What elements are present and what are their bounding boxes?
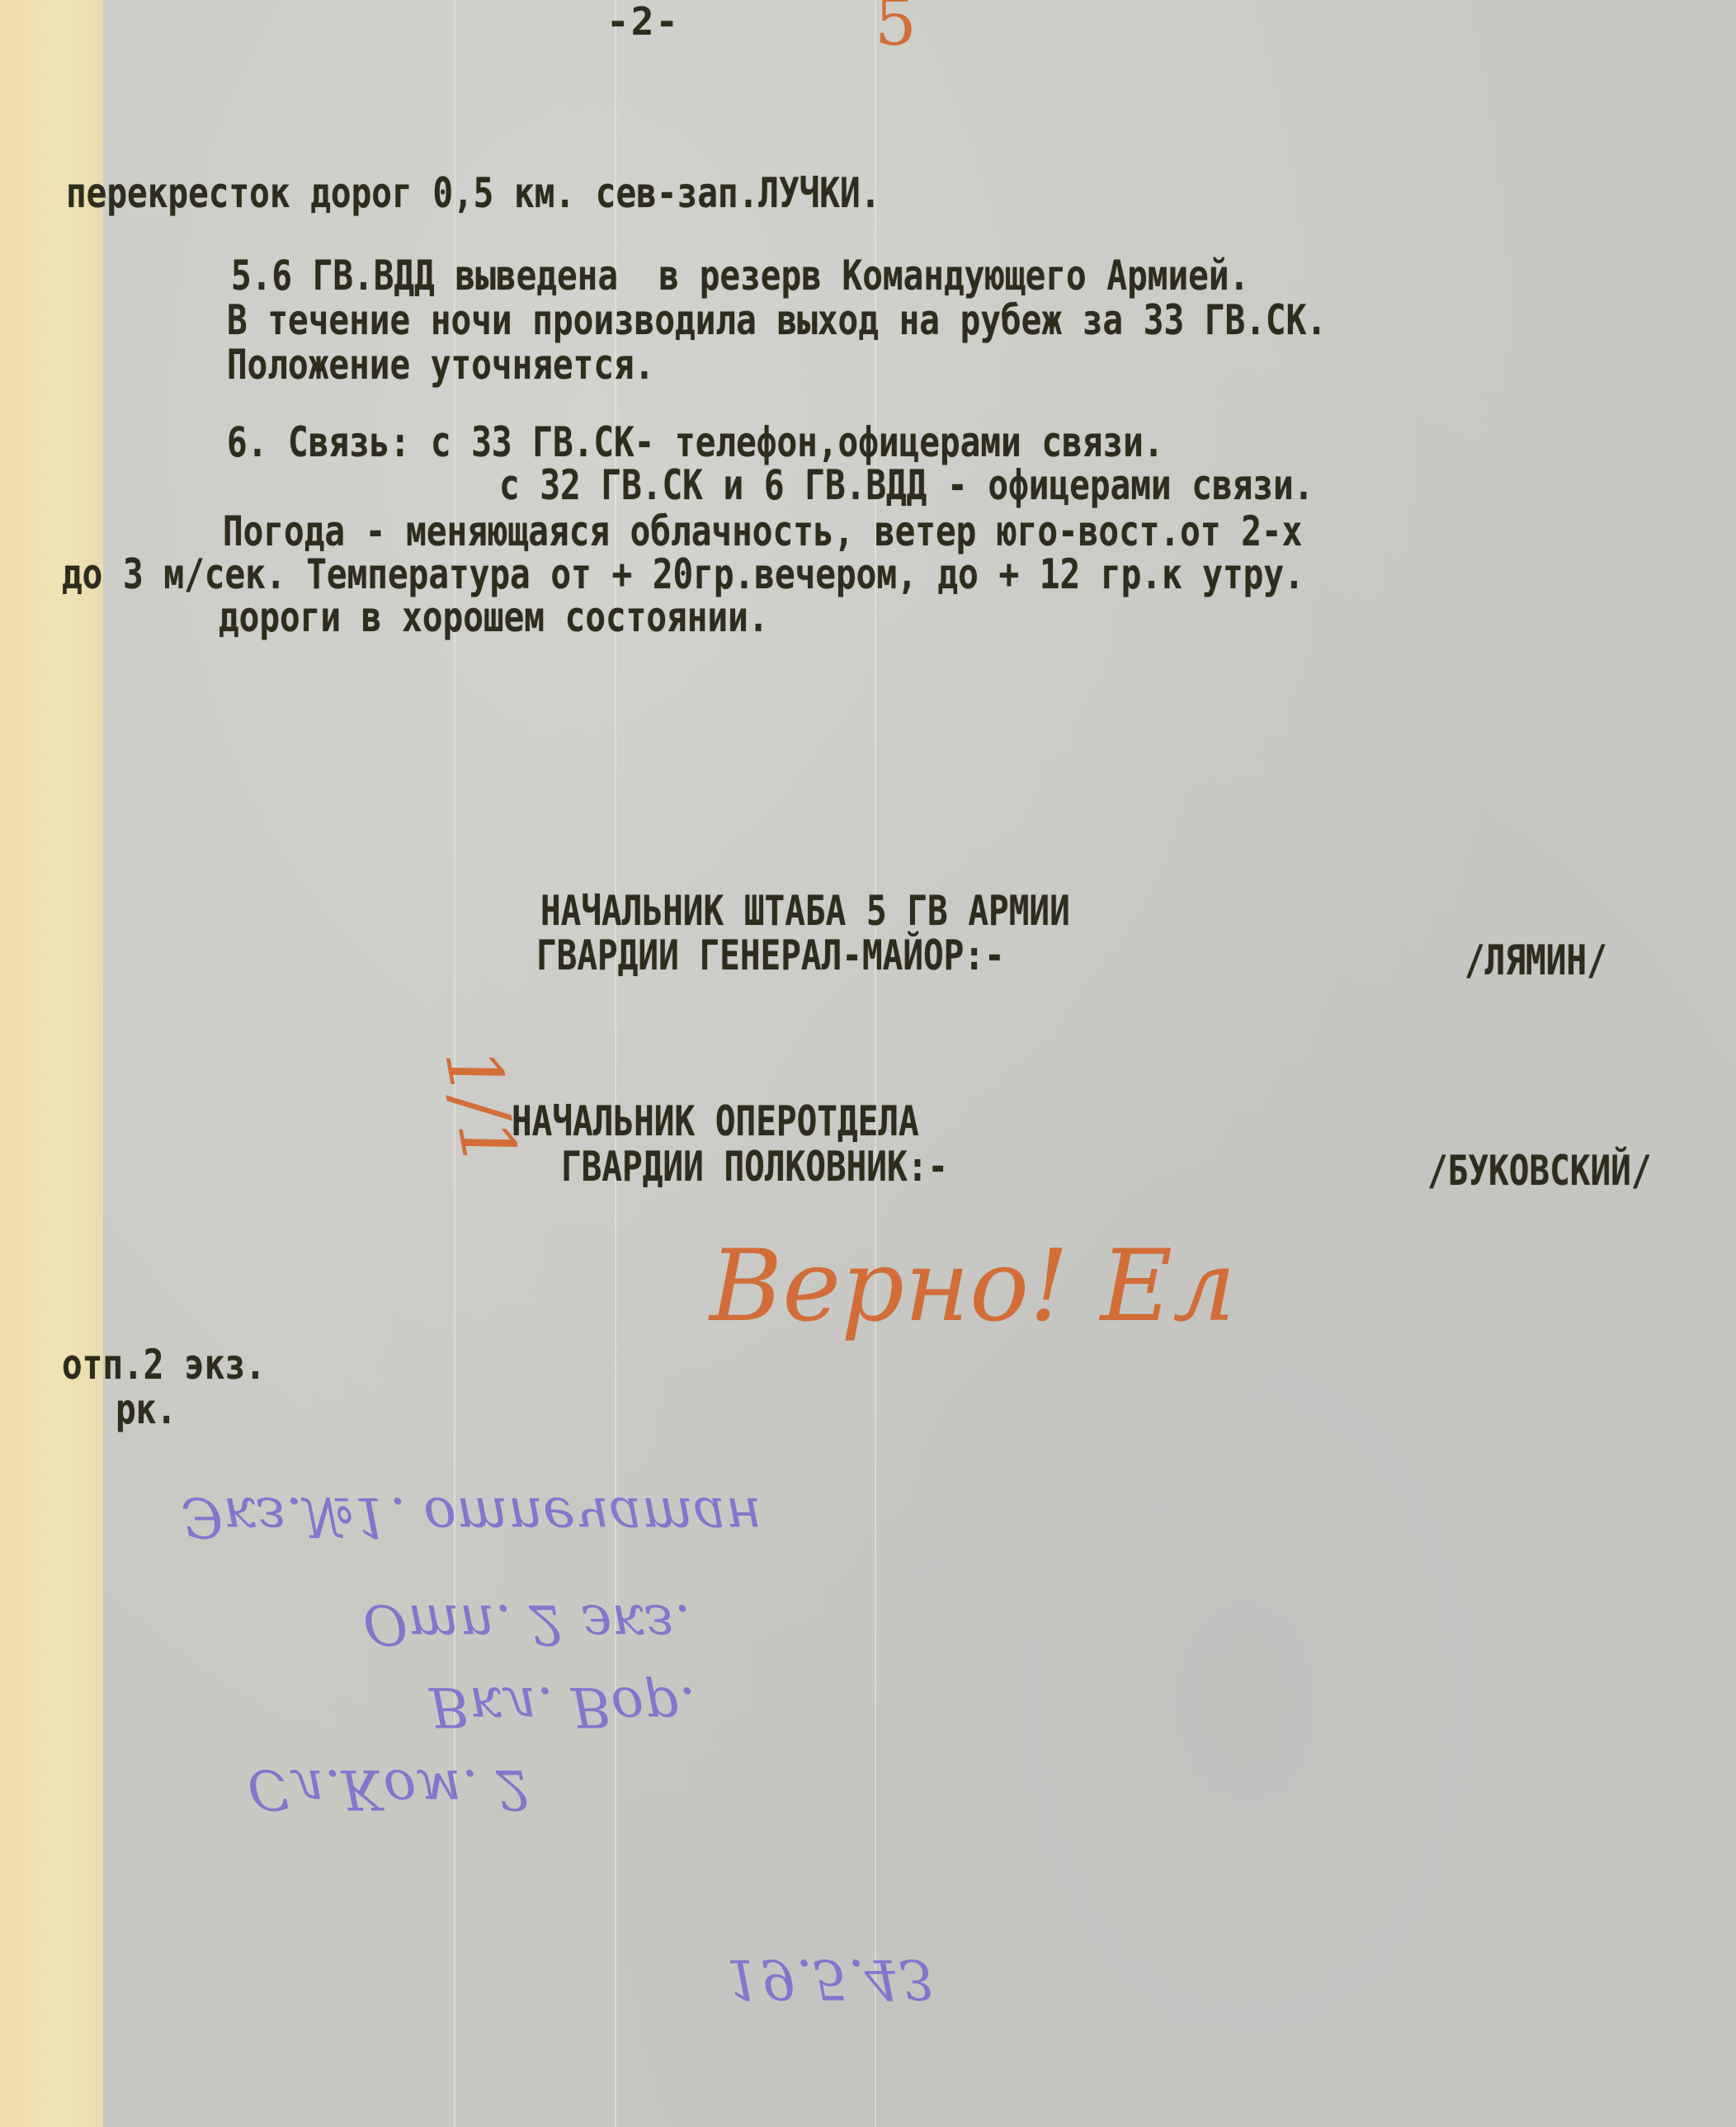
text-line: с 32 ГВ.СК и 6 ГВ.ВДД - офицерами связи. xyxy=(499,465,1314,505)
copies-note: отп.2 экз. xyxy=(62,1345,266,1384)
signature-name: /БУКОВСКИЙ/ xyxy=(1427,1151,1652,1191)
mirrored-stamp-date: 19.5.43 xyxy=(726,1947,934,2011)
page-number: -2- xyxy=(606,2,680,41)
text-line: Погода - меняющаяся облачность, ветер юг… xyxy=(223,512,1302,551)
text-line: перекресток дорог 0,5 км. сев-зап.ЛУЧКИ. xyxy=(66,173,880,213)
mirrored-stamp-line: Вкл. Вор. xyxy=(429,1675,696,1738)
scan-margin xyxy=(0,0,103,2127)
text-line: 5.6 ГВ.ВДД выведена в резерв Командующег… xyxy=(231,256,1249,295)
signature-title: ГВАРДИИ ПОЛКОВНИК:- xyxy=(561,1147,948,1186)
handwritten-page-mark: 5 xyxy=(875,0,917,60)
signature-name: /ЛЯМИН/ xyxy=(1465,941,1607,980)
text-line: дороги в хорошем состоянии. xyxy=(219,597,768,637)
text-line: В течение ночи производила выход на рубе… xyxy=(227,300,1327,340)
signature-title: НАЧАЛЬНИК ШТАБА 5 ГВ АРМИИ xyxy=(540,891,1070,931)
signature-title: ГВАРДИИ ГЕНЕРАЛ-МАЙОР:- xyxy=(536,936,1005,975)
mirrored-stamp-line: Экз.№1. отпечатан xyxy=(182,1485,762,1549)
mirrored-stamp-line: Сл.Ком. 2 xyxy=(248,1757,531,1821)
mirrored-stamp-line: Отп. 2 экз. xyxy=(363,1592,691,1656)
copies-note: рк. xyxy=(116,1389,177,1429)
signature-title: НАЧАЛЬНИК ОПЕРОТДЕЛА xyxy=(512,1101,919,1141)
text-line: 6. Связь: с 33 ГВ.СК- телефон,офицерами … xyxy=(227,422,1163,462)
text-line: до 3 м/сек. Температура от + 20гр.вечеро… xyxy=(62,554,1304,594)
text-line: Положение уточняется. xyxy=(227,345,654,384)
handwritten-verification: Верно! Ел xyxy=(710,1229,1236,1344)
